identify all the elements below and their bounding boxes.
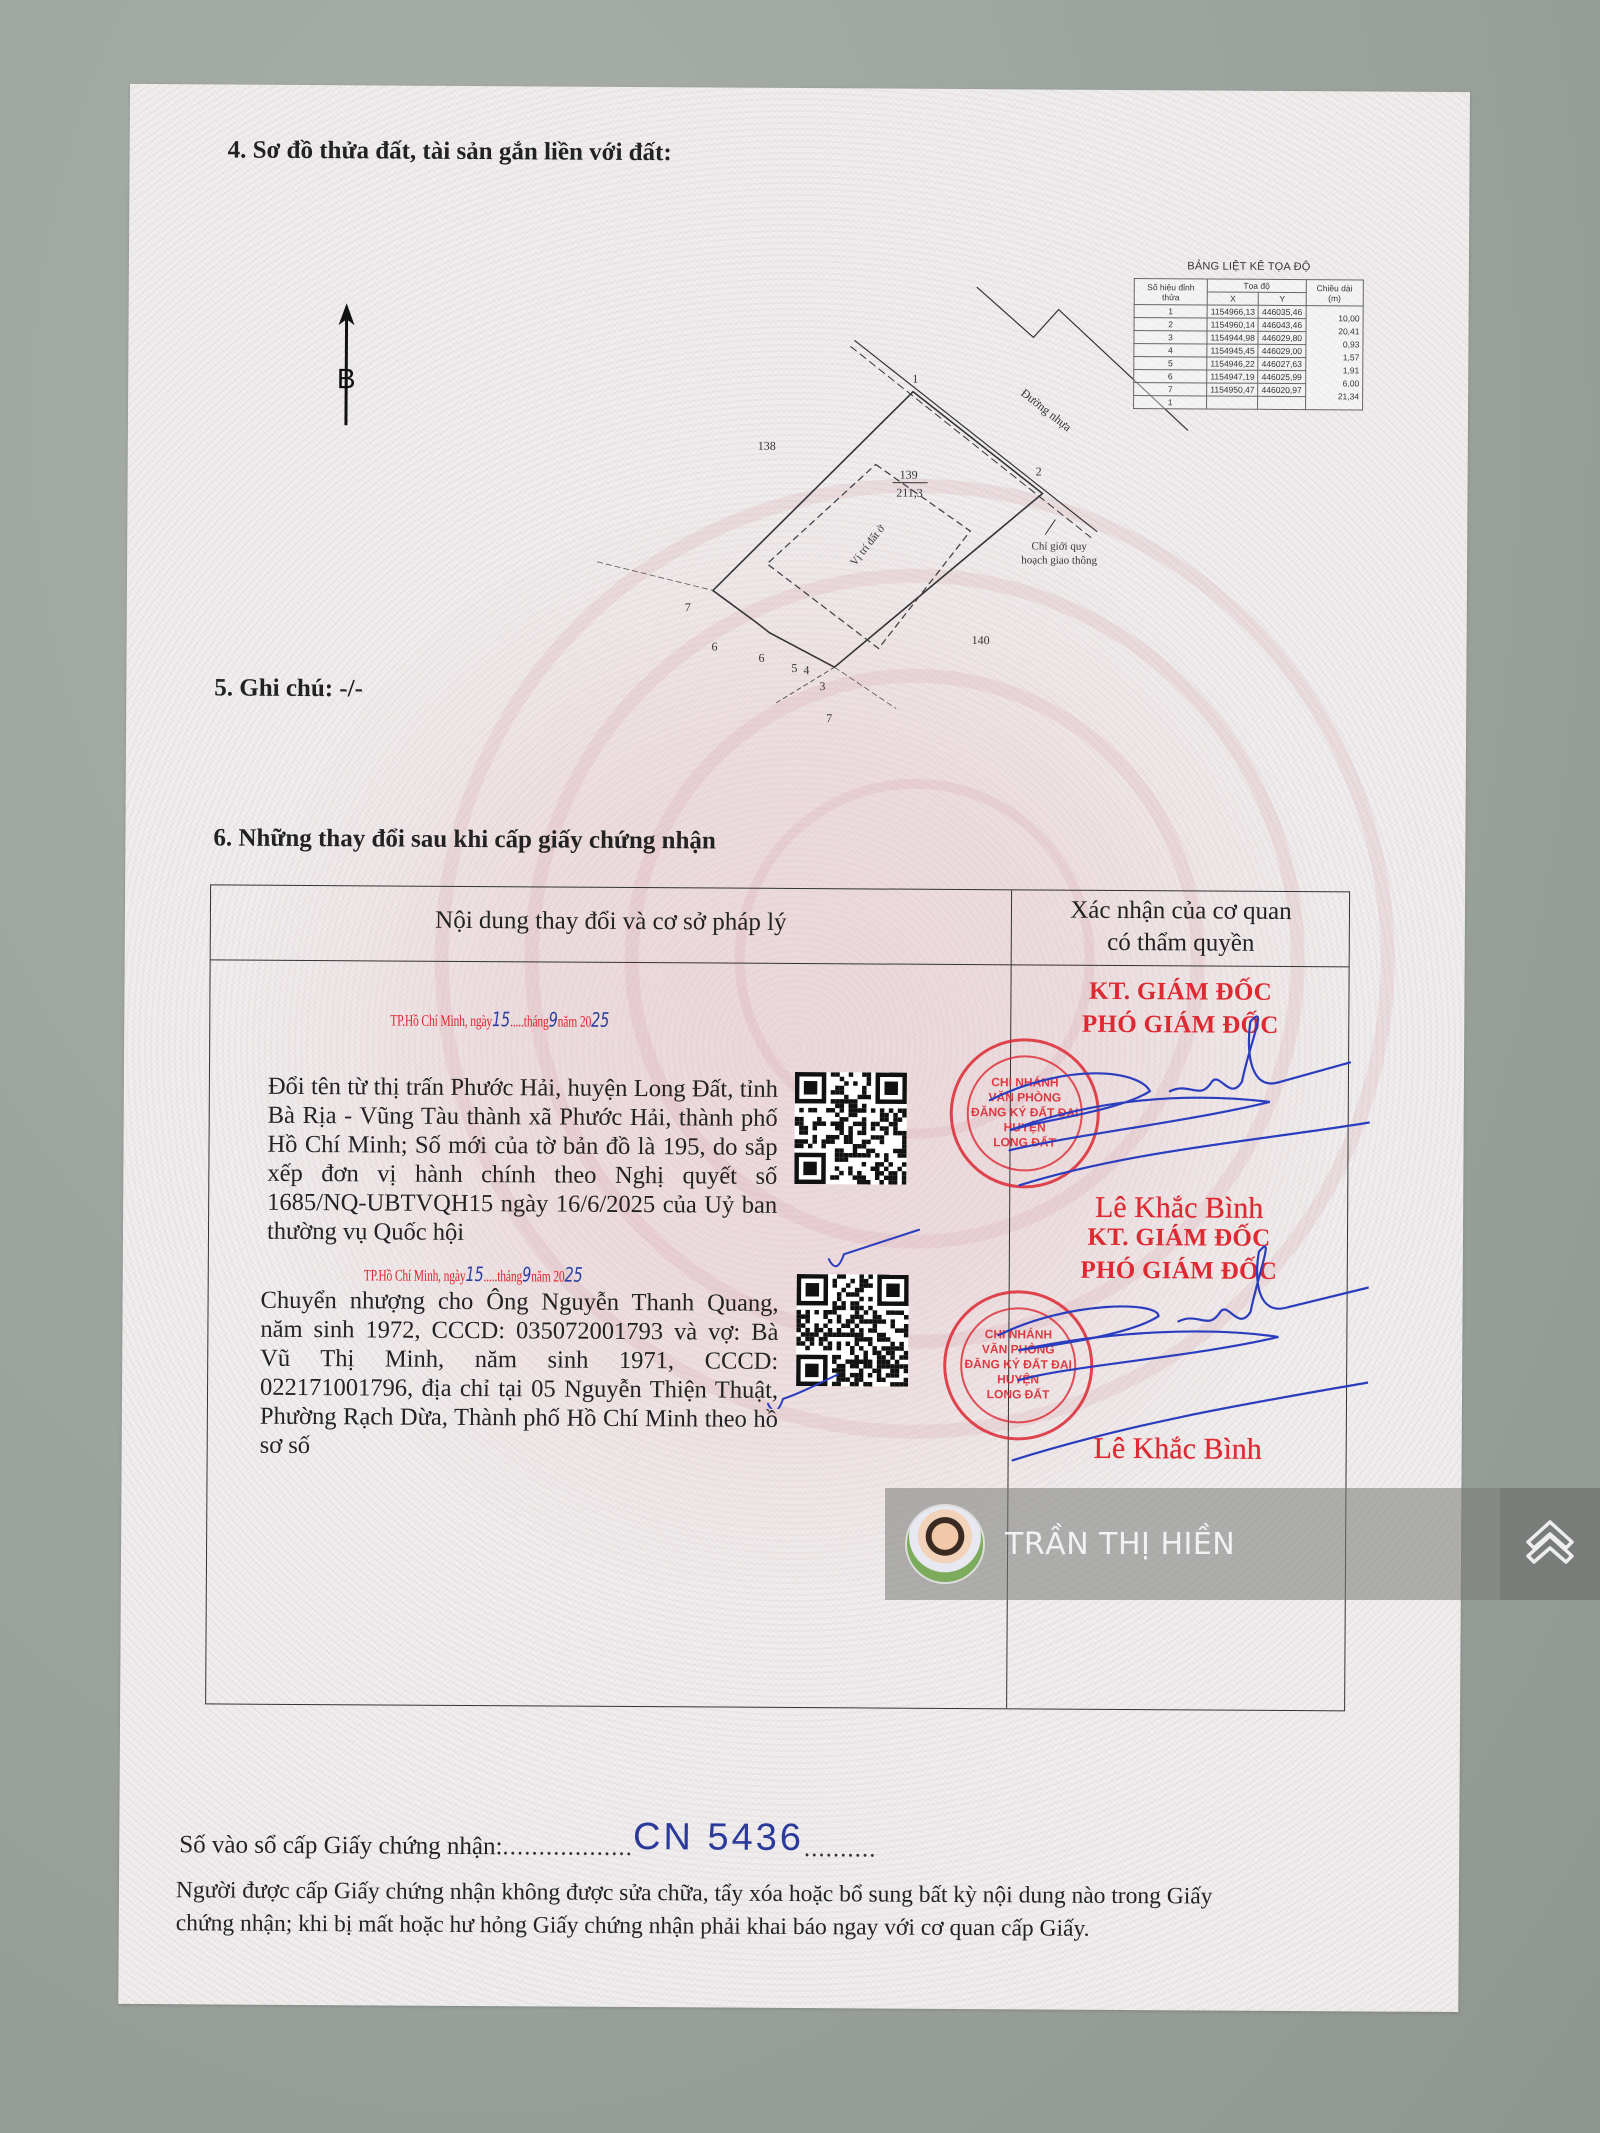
header-length: Chiều dài (m) xyxy=(1306,280,1364,306)
entry-1-official-stamp: CHI NHÁNHVĂN PHÒNGĐĂNG KÝ ĐẤT ĐAIHUYỆNLO… xyxy=(949,1038,1100,1189)
svg-text:1: 1 xyxy=(912,372,918,386)
svg-text:5: 5 xyxy=(791,661,797,675)
registration-number-line: Số vào sổ cấp Giấy chứng nhận:..........… xyxy=(179,1819,876,1866)
svg-text:6: 6 xyxy=(758,651,764,665)
parcel-diagram: B 1 2 3 4 5 6 6 7 7 138 140 139 211 xyxy=(306,175,1209,740)
stamp-text: CHI NHÁNHVĂN PHÒNGĐĂNG KÝ ĐẤT ĐAIHUYỆNLO… xyxy=(953,1075,1097,1151)
col-header-content: Nội dung thay đổi và cơ sở pháp lý xyxy=(211,903,1011,940)
registration-number: CN 5436 xyxy=(633,1816,804,1859)
svg-text:Đường nhựa: Đường nhựa xyxy=(1018,386,1075,435)
svg-text:6: 6 xyxy=(712,639,718,653)
stacked-chevrons-icon xyxy=(1520,1514,1580,1574)
coordinate-table: BẢNG LIỆT KÊ TỌA ĐỘ Số hiệu đỉnh thửa Tọ… xyxy=(1133,260,1364,410)
avatar xyxy=(905,1504,985,1584)
coord-row: 121,34 xyxy=(1134,396,1363,410)
entry-2-date: TP.Hồ Chí Minh, ngày15.....tháng9năm 202… xyxy=(364,1261,583,1286)
registration-label: Số vào sổ cấp Giấy chứng nhận: xyxy=(179,1831,502,1860)
north-arrow-icon: B xyxy=(337,303,356,425)
header-vertex: Số hiệu đỉnh thửa xyxy=(1134,279,1207,305)
svg-text:140: 140 xyxy=(972,633,990,647)
header-coords: Tọa độ xyxy=(1207,279,1306,293)
section-4-title: 4. Sơ đồ thửa đất, tài sản gắn liền với … xyxy=(228,137,672,168)
svg-text:Vị trí đất ở: Vị trí đất ở xyxy=(848,523,887,568)
svg-text:7: 7 xyxy=(685,600,691,614)
svg-text:3: 3 xyxy=(819,679,825,693)
svg-text:139: 139 xyxy=(900,468,918,482)
stamp-text: CHI NHÁNHVĂN PHÒNGĐĂNG KÝ ĐẤT ĐAIHUYỆNLO… xyxy=(946,1327,1090,1403)
entry-2-text: Chuyển nhượng cho Ông Nguyễn Thanh Quang… xyxy=(260,1286,779,1463)
section-6-title: 6. Những thay đổi sau khi cấp giấy chứng… xyxy=(213,824,716,855)
svg-text:hoạch giao thông: hoạch giao thông xyxy=(1021,554,1097,566)
entry-1-date: TP.Hồ Chí Minh, ngày15.....tháng9năm 202… xyxy=(390,1007,609,1032)
entry-1-qr-code xyxy=(794,1072,907,1185)
svg-text:7: 7 xyxy=(826,711,832,725)
watermark-name: TRẦN THỊ HIỀN xyxy=(1005,1527,1235,1562)
section-5-title: 5. Ghi chú: -/- xyxy=(214,674,363,703)
entry-2-qr-code xyxy=(796,1274,909,1387)
svg-text:Chỉ giới quy: Chỉ giới quy xyxy=(1032,540,1088,552)
svg-text:4: 4 xyxy=(803,663,809,677)
header-x: X xyxy=(1207,292,1258,305)
col-header-confirmation: Xác nhận của cơ quan có thẩm quyền xyxy=(1011,894,1351,960)
certificate-notice: Người được cấp Giấy chứng nhận không đượ… xyxy=(176,1874,1276,1947)
svg-text:2: 2 xyxy=(1036,464,1042,478)
land-certificate-page: 4. Sơ đồ thửa đất, tài sản gắn liền với … xyxy=(118,84,1470,2012)
svg-text:211,3: 211,3 xyxy=(896,486,923,500)
header-y: Y xyxy=(1259,292,1306,305)
svg-text:138: 138 xyxy=(758,439,776,453)
svg-text:B: B xyxy=(337,363,356,394)
entry-1-text: Đổi tên từ thị trấn Phước Hải, huyện Lon… xyxy=(267,1072,778,1249)
author-watermark: TRẦN THỊ HIỀN xyxy=(885,1488,1600,1600)
entry-2-official-stamp: CHI NHÁNHVĂN PHÒNGĐĂNG KÝ ĐẤT ĐAIHUYỆNLO… xyxy=(943,1290,1094,1441)
coordinate-table-title: BẢNG LIỆT KÊ TỌA ĐỘ xyxy=(1134,260,1364,273)
